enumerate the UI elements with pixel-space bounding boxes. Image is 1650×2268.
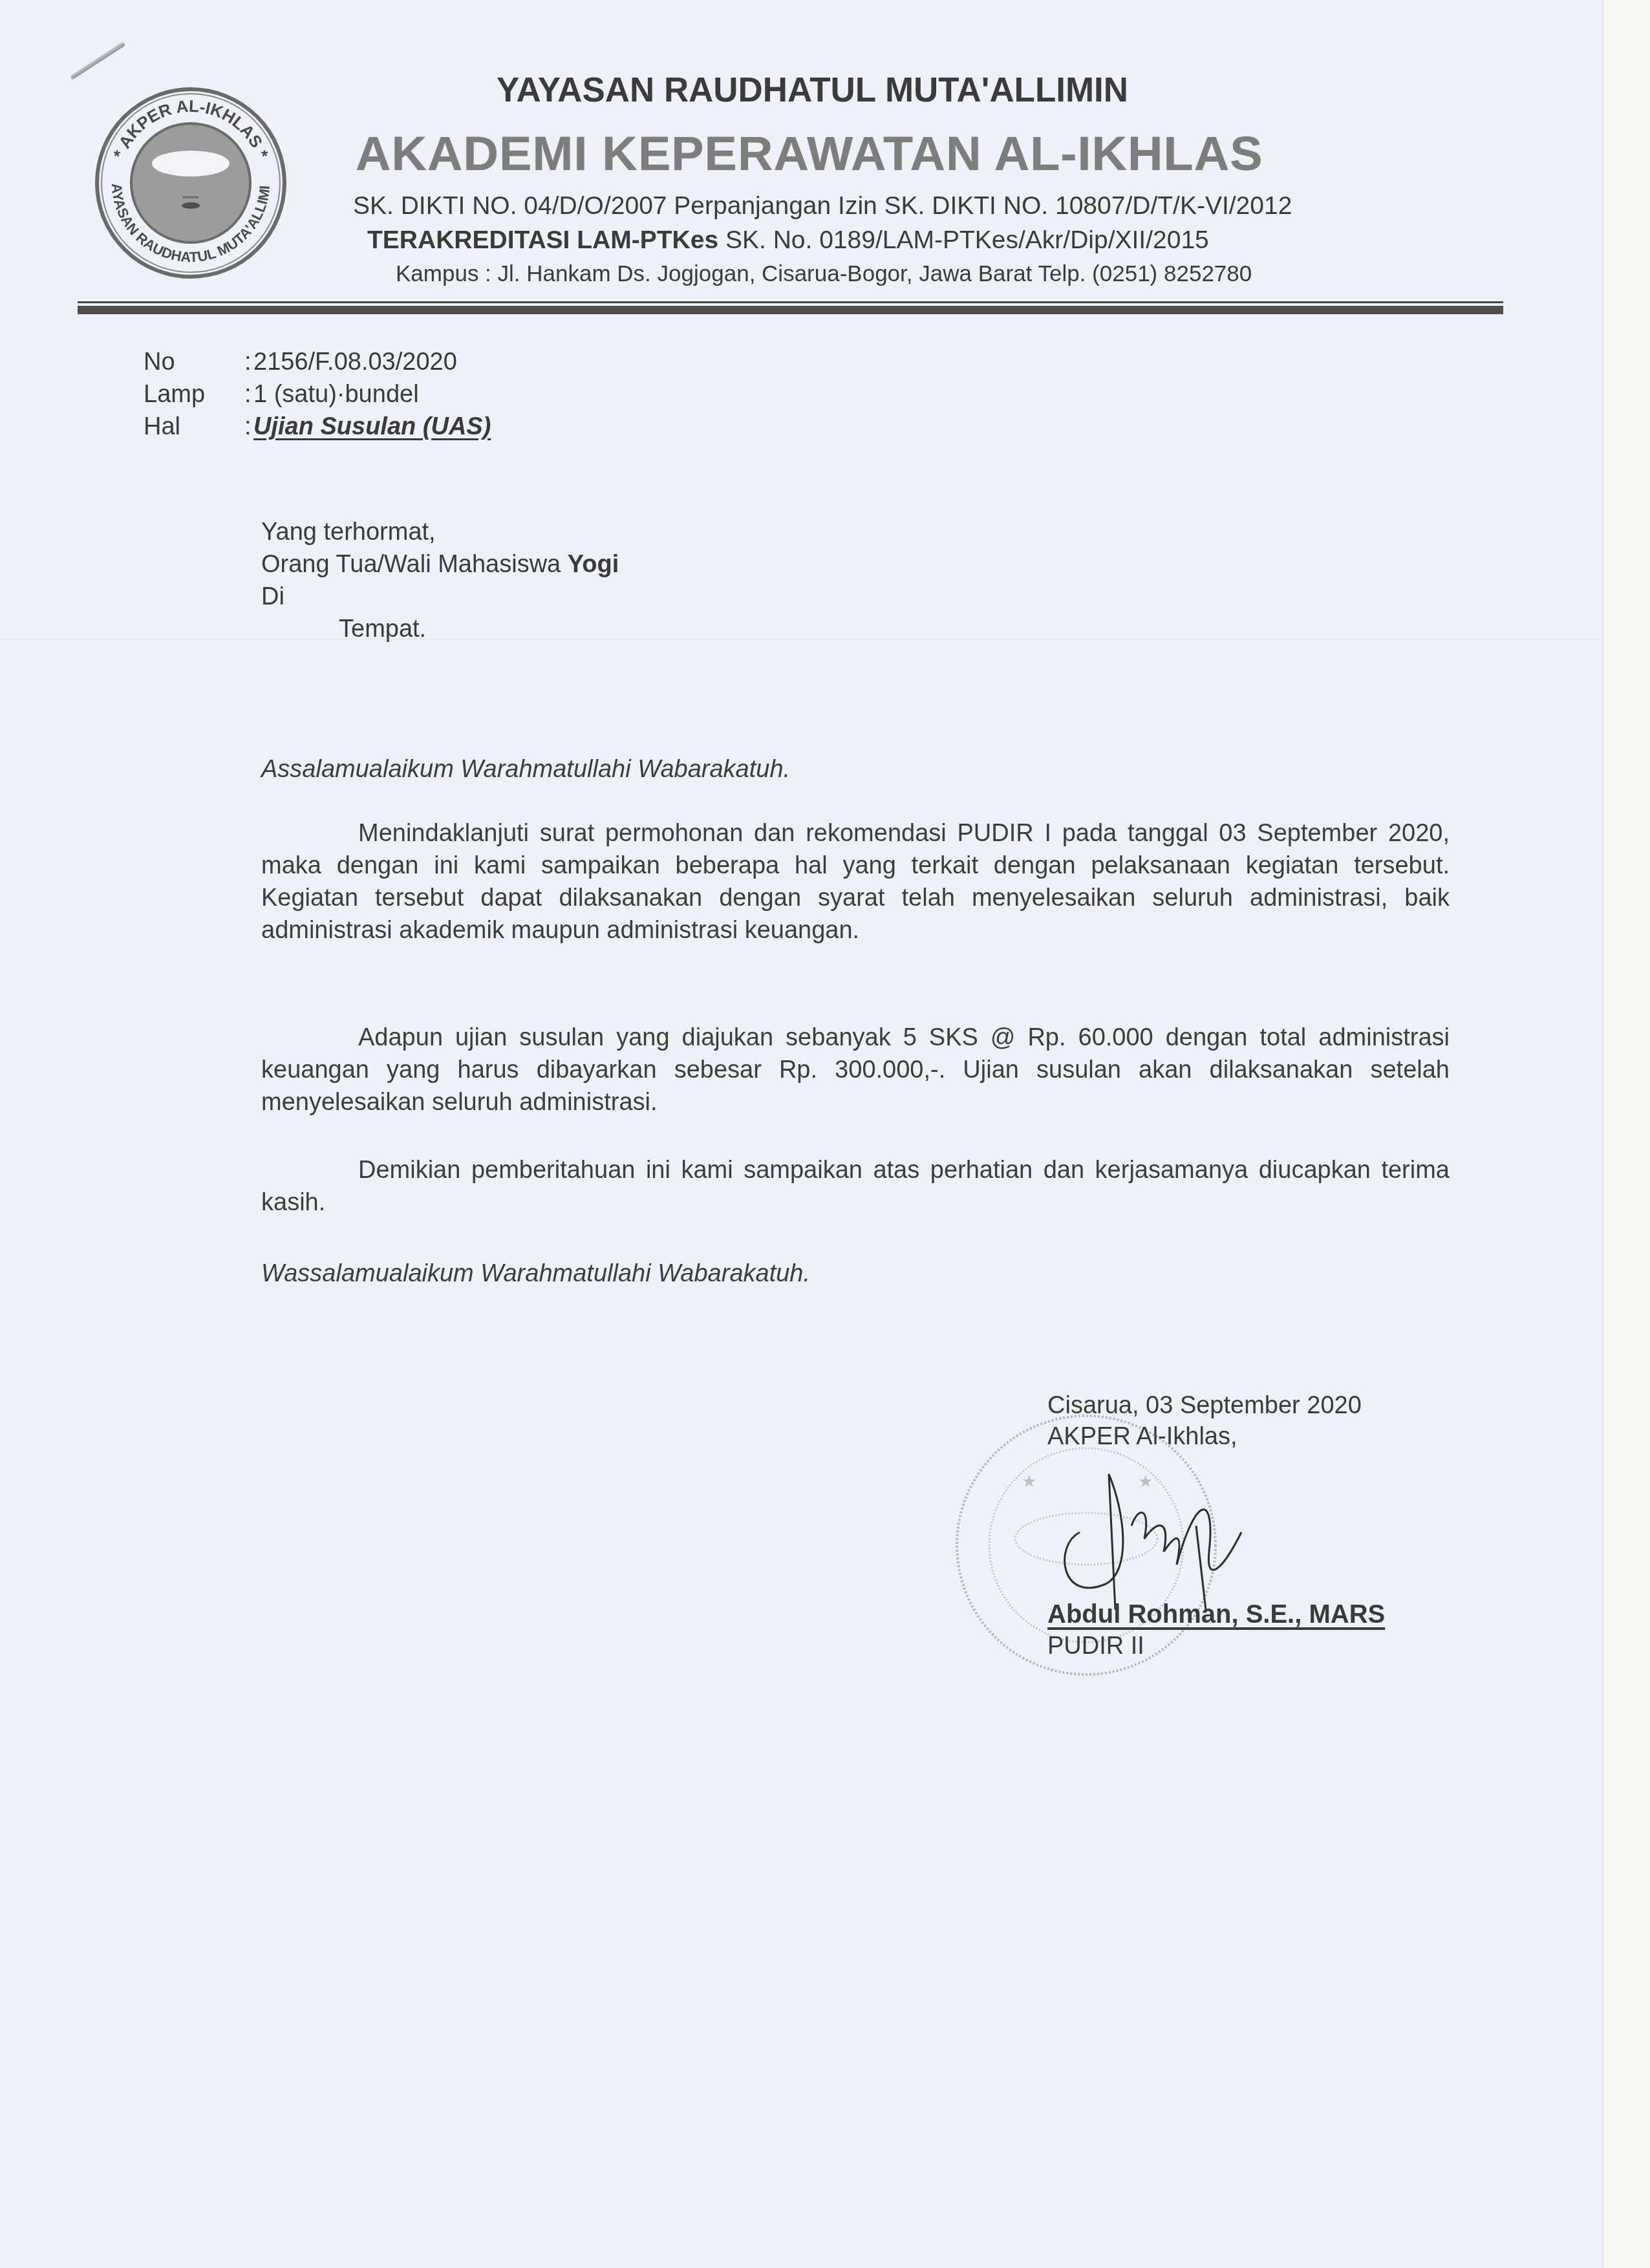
signer-title: PUDIR II <box>1047 1632 1144 1660</box>
decree-line: SK. DIKTI NO. 04/D/O/2007 Perpanjangan I… <box>353 192 1292 220</box>
letter-subject: Ujian Susulan (UAS) <box>253 411 491 443</box>
letter-page <box>0 0 1602 2268</box>
signature-block: Cisarua, 03 September 2020 AKPER Al-Ikhl… <box>1047 1390 1362 1452</box>
meta-number-row: No : 2156/F.08.03/2020 <box>144 346 491 378</box>
body-paragraph-2: Adapun ujian susulan yang diajukan seban… <box>261 1022 1450 1118</box>
subject-label: Hal <box>144 411 244 443</box>
recipient-prefix: Orang Tua/Wali Mahasiswa <box>261 551 568 578</box>
paper-fold-line <box>0 639 1602 641</box>
institution-seal-icon: * AKPER AL-IKHLAS * YAYASAN RAUDHATUL MU… <box>94 86 288 280</box>
campus-address: Kampus : Jl. Hankam Ds. Jogjogan, Cisaru… <box>396 261 1252 287</box>
attachment-label: Lamp <box>144 378 244 411</box>
colon: : <box>244 346 253 378</box>
foundation-name: YAYASAN RAUDHATUL MUTA'ALLIMIN <box>497 70 1128 110</box>
opening-greeting: Assalamualaikum Warahmatullahi Wabarakat… <box>261 753 1450 786</box>
body-paragraph-1: Menindaklanjuti surat permohonan dan rek… <box>261 817 1450 947</box>
location-line: Tempat. <box>261 613 619 645</box>
svg-text:★: ★ <box>1022 1471 1036 1491</box>
closing-greeting: Wassalamualaikum Warahmatullahi Wabaraka… <box>261 1257 1450 1290</box>
handwritten-signature-icon <box>1047 1455 1261 1623</box>
letter-number: 2156/F.08.03/2020 <box>253 346 457 378</box>
accreditation-number: SK. No. 0189/LAM-PTKes/Akr/Dip/XII/2015 <box>718 226 1209 254</box>
place-date: Cisarua, 03 September 2020 <box>1047 1390 1362 1421</box>
accreditation-label: TERAKREDITASI LAM-PTKes <box>367 226 718 254</box>
location-prefix: Di <box>261 581 619 613</box>
body-paragraph-3: Demikian pemberitahuan ini kami sampaika… <box>261 1154 1450 1219</box>
header-divider-thin <box>78 301 1503 303</box>
signer-name: Abdul Rohman, S.E., MARS <box>1047 1600 1385 1629</box>
letter-meta: No : 2156/F.08.03/2020 Lamp : 1 (satu)·b… <box>144 346 491 443</box>
colon: : <box>244 411 253 443</box>
header-divider-thick <box>78 306 1503 314</box>
scan-edge <box>1602 0 1650 2268</box>
meta-attachment-row: Lamp : 1 (satu)·bundel <box>144 378 491 411</box>
meta-subject-row: Hal : Ujian Susulan (UAS) <box>144 411 491 443</box>
salutation-line: Yang terhormat, <box>261 516 619 548</box>
attachment-value: 1 (satu)·bundel <box>253 378 419 411</box>
accreditation-line: TERAKREDITASI LAM-PTKes SK. No. 0189/LAM… <box>367 226 1209 255</box>
colon: : <box>244 378 253 411</box>
signing-institution: AKPER Al-Ikhlas, <box>1047 1421 1362 1452</box>
academy-name: AKADEMI KEPERAWATAN AL-IKHLAS <box>356 126 1263 181</box>
addressee-block: Yang terhormat, Orang Tua/Wali Mahasiswa… <box>261 516 619 645</box>
student-name: Yogi <box>568 551 619 578</box>
recipient-line: Orang Tua/Wali Mahasiswa Yogi <box>261 548 619 581</box>
number-label: No <box>144 346 244 378</box>
